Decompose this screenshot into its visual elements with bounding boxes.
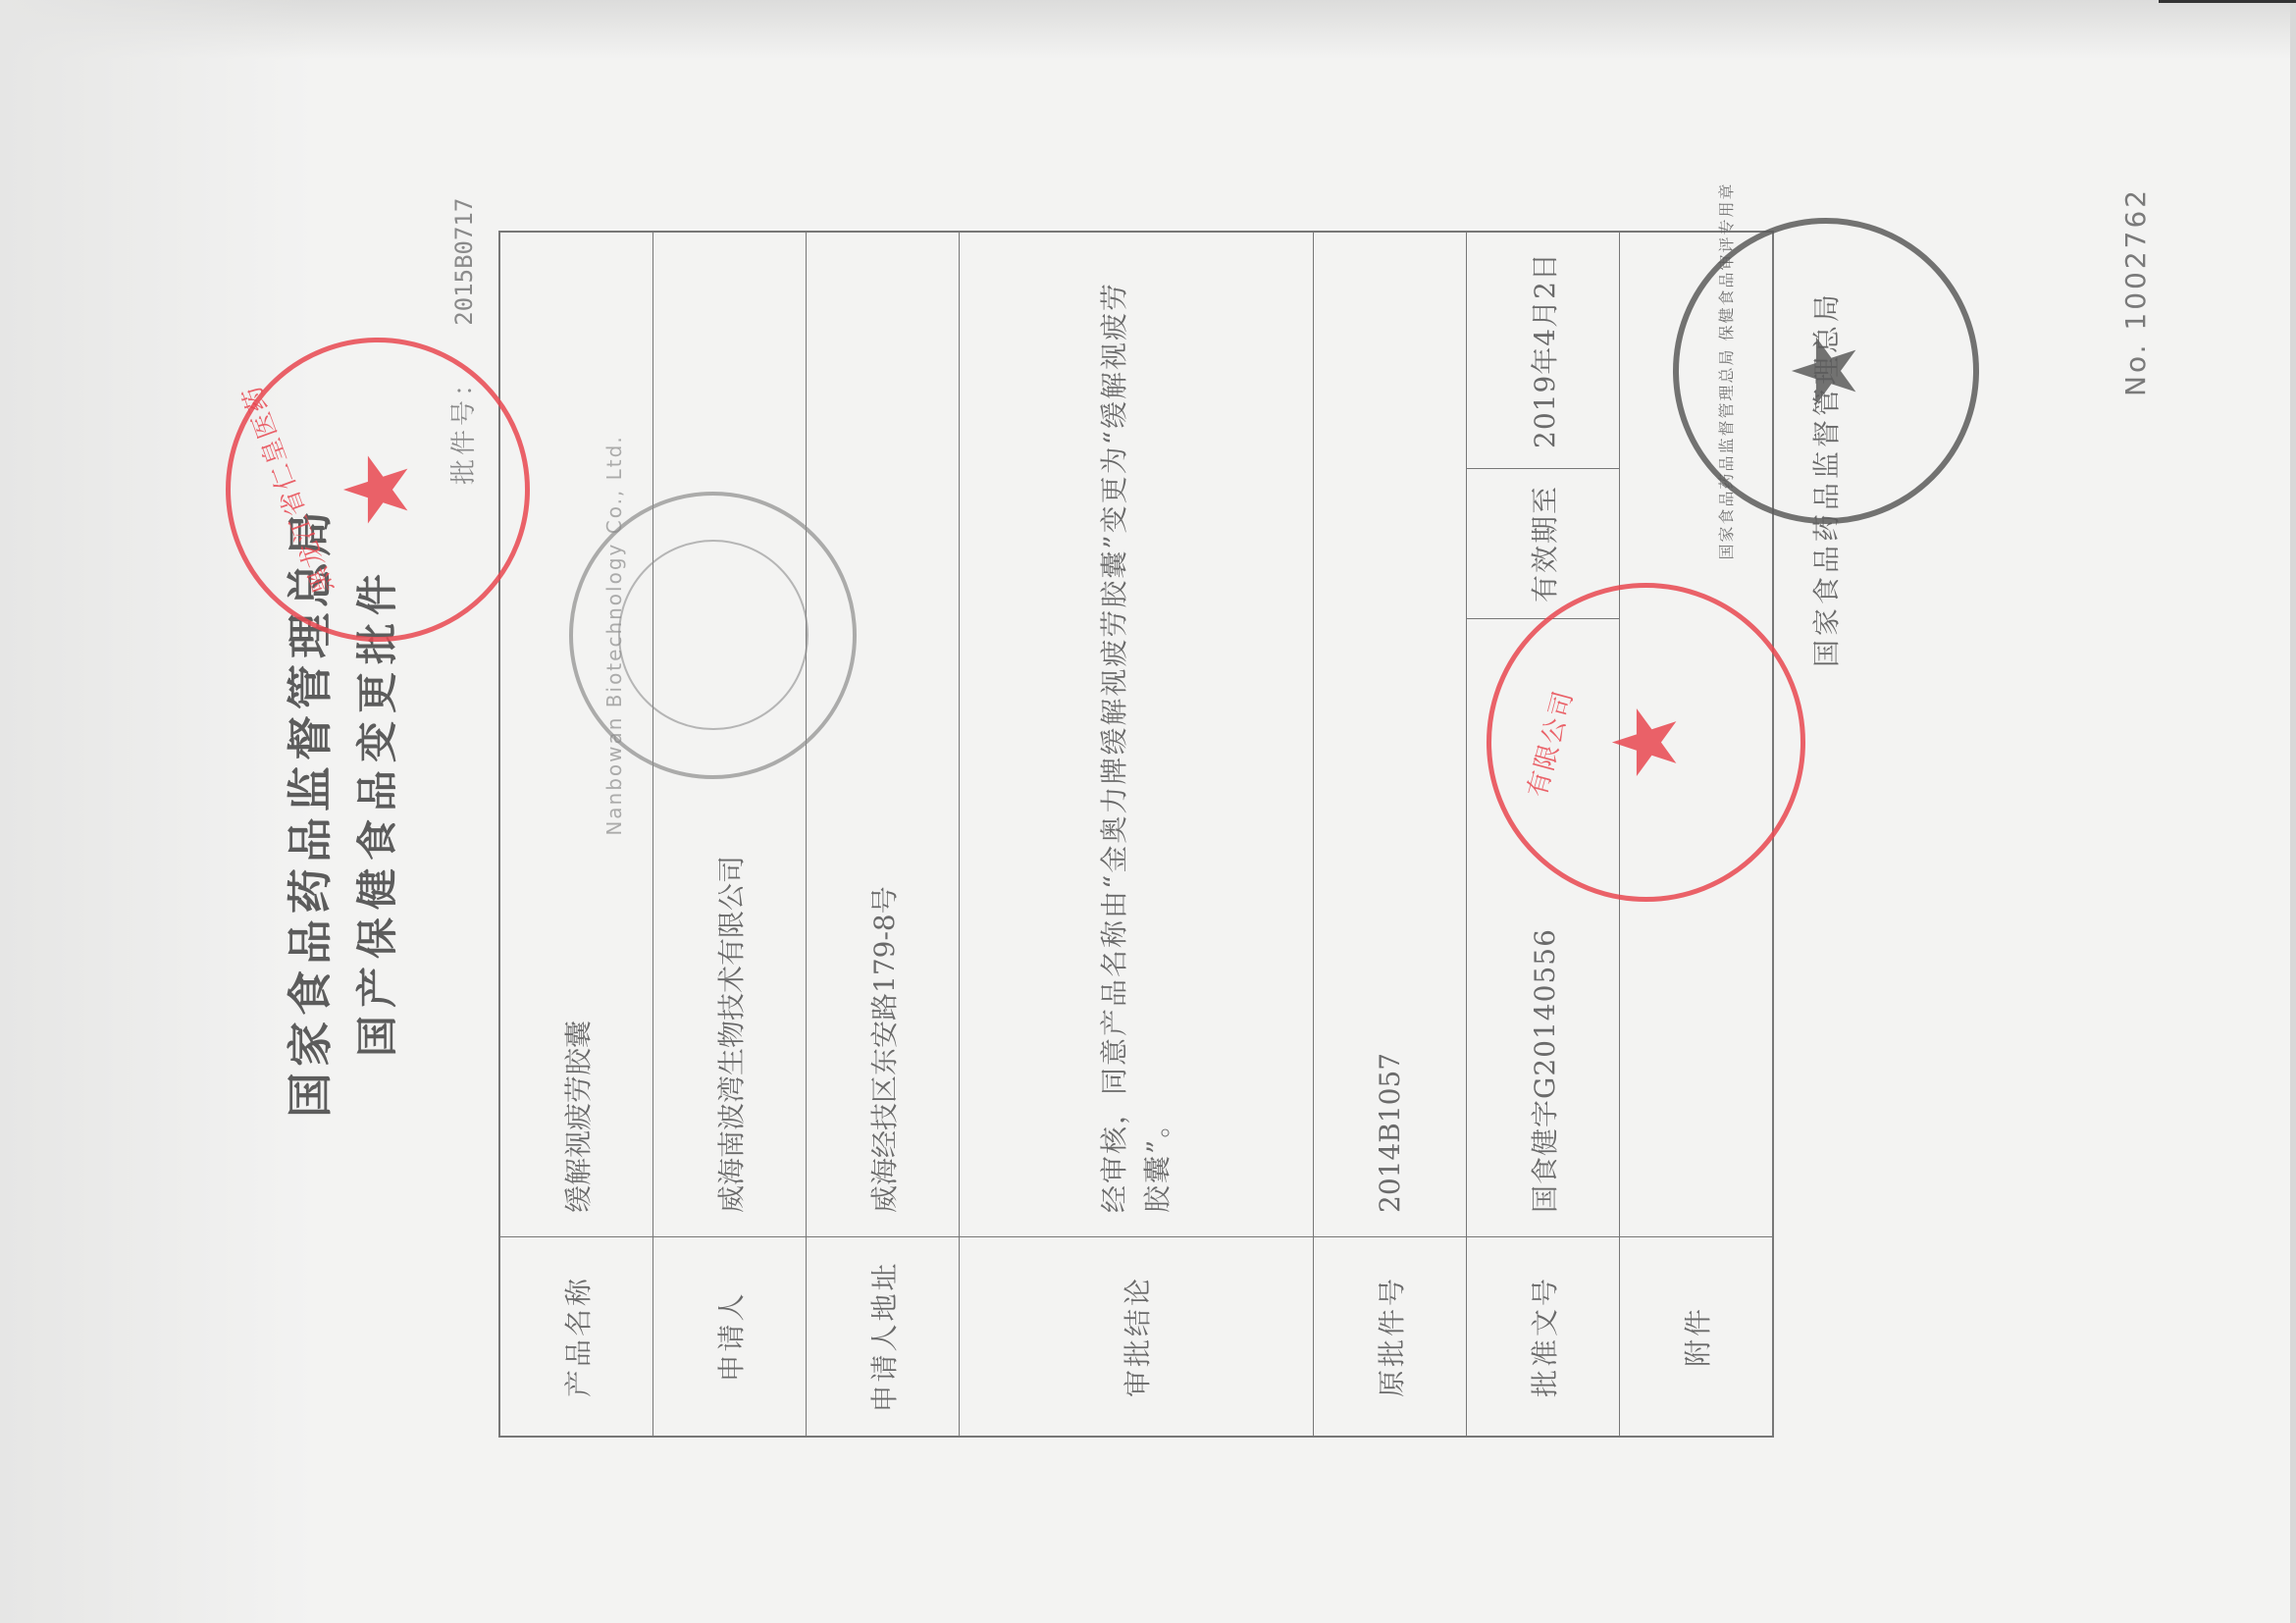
table-row-original-batch: 原批件号 2014B1057: [1314, 232, 1467, 1437]
approval-cell: 国食健字G20140556 有效期至 2019年4月2日: [1467, 232, 1620, 1237]
label-approval-number: 批准文号: [1467, 1237, 1620, 1438]
approval-inner: 国食健字G20140556 有效期至 2019年4月2日: [1467, 233, 1619, 1236]
label-applicant-address: 申请人地址: [807, 1237, 960, 1438]
table-row-attachment: 附件: [1620, 232, 1774, 1437]
value-applicant-address: 威海经技区东安路179-8号: [807, 232, 960, 1237]
table-row-conclusion: 审批结论 经审核，同意产品名称由“金奥力牌缓解视疲劳胶囊”变更为“缓解视疲劳胶囊…: [960, 232, 1314, 1437]
table-row-approval-number: 批准文号 国食健字G20140556 有效期至 2019年4月2日: [1467, 232, 1620, 1437]
value-attachment: [1620, 232, 1774, 1237]
permit-table: 产品名称 缓解视疲劳胶囊 申请人 威海南波湾生物技术有限公司 申请人地址 威海经…: [498, 231, 1774, 1438]
table-row-applicant: 申请人 威海南波湾生物技术有限公司: [653, 232, 807, 1437]
document-title: 国产保健食品变更批件: [345, 0, 404, 1623]
label-product-name: 产品名称: [499, 1237, 653, 1438]
value-original-batch: 2014B1057: [1314, 232, 1467, 1237]
label-applicant: 申请人: [653, 1237, 807, 1438]
agency-title: 国家食品药品监督管理总局: [275, 0, 339, 1623]
batch-number-value: 2015B0717: [450, 198, 478, 326]
scanned-permit-page: 国家食品药品监督管理总局 国产保健食品变更批件 批件号： 2015B0717 产…: [0, 0, 2296, 1623]
table-row-product-name: 产品名称 缓解视疲劳胶囊: [499, 232, 653, 1437]
value-conclusion: 经审核，同意产品名称由“金奥力牌缓解视疲劳胶囊”变更为“缓解视疲劳胶囊”。: [960, 232, 1314, 1237]
value-applicant: 威海南波湾生物技术有限公司: [653, 232, 807, 1237]
serial-number: No. 1002762: [2119, 187, 2152, 396]
value-valid-until: 2019年4月2日: [1467, 233, 1619, 468]
value-approval-number: 国食健字G20140556: [1467, 619, 1619, 1236]
batch-number-line: 批件号： 2015B0717: [444, 198, 480, 485]
table-row-applicant-address: 申请人地址 威海经技区东安路179-8号: [807, 232, 960, 1437]
batch-number-label: 批件号：: [449, 367, 479, 485]
label-original-batch: 原批件号: [1314, 1237, 1467, 1438]
label-conclusion: 审批结论: [960, 1237, 1314, 1438]
issuer-signature: 国家食品药品监督管理总局: [1805, 290, 1845, 667]
label-valid-until: 有效期至: [1467, 468, 1619, 619]
value-product-name: 缓解视疲劳胶囊: [499, 232, 653, 1237]
label-attachment: 附件: [1620, 1237, 1774, 1438]
